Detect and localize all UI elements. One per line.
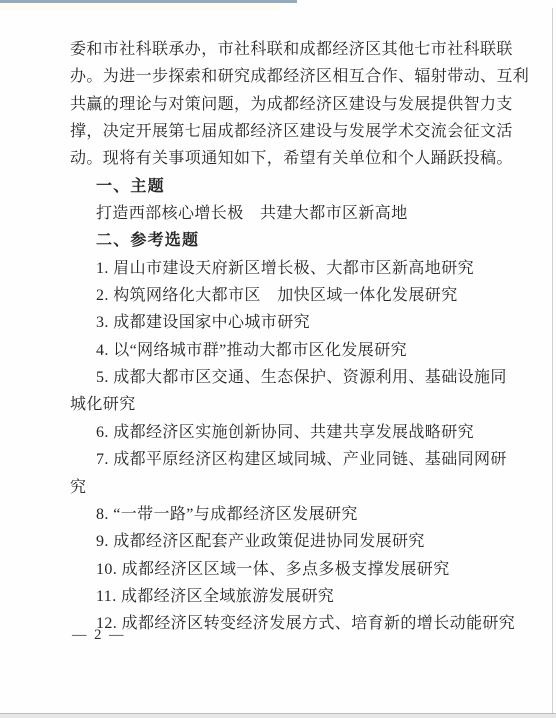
section-2-heading: 二、参考选题 — [70, 227, 515, 254]
scan-edge-bottom-band — [0, 713, 556, 718]
para-line: 动。现将有关事项通知如下，希望有关单位和个人踊跃投稿。 — [70, 145, 515, 172]
topic-line-8: 8. “一带一路”与成都经济区发展研究 — [70, 501, 515, 528]
para-line: 撑，决定开展第七届成都经济区建设与发展学术交流会征文活 — [70, 118, 515, 145]
scan-edge-top-tint — [0, 3, 280, 11]
para-line: 共赢的理论与对策问题，为成都经济区建设与发展提供智力支 — [70, 91, 515, 118]
topic-line-3: 3. 成都建设国家中心城市研究 — [70, 309, 515, 336]
para-line: 办。为进一步探索和研究成都经济区相互合作、辐射带动、互利 — [70, 63, 515, 90]
topic-line-4: 4. 以“网络城市群”推动大都市区化发展研究 — [70, 337, 515, 364]
topic-line-6: 6. 成都经济区实施创新协同、共建共享发展战略研究 — [70, 419, 515, 446]
page-number: — 2 — — [72, 627, 126, 644]
section-1-heading: 一、主题 — [70, 173, 515, 200]
topic-line-7-wrap: 究 — [70, 474, 515, 501]
document-page: 委和市社科联承办，市社科联和成都经济区其他七市社科联联 办。为进一步探索和研究成… — [0, 0, 556, 718]
topic-line-5: 5. 成都大都市区交通、生态保护、资源利用、基础设施同 — [70, 364, 515, 391]
topic-line-2: 2. 构筑网络化大都市区 加快区域一体化发展研究 — [70, 282, 515, 309]
document-body: 委和市社科联承办，市社科联和成都经济区其他七市社科联联 办。为进一步探索和研究成… — [70, 36, 515, 638]
topic-line-1: 1. 眉山市建设天府新区增长极、大都市区新高地研究 — [70, 255, 515, 282]
topic-line-7: 7. 成都平原经济区构建区域同城、产业同链、基础同网研 — [70, 446, 515, 473]
topic-line-12: 12. 成都经济区转变经济发展方式、培育新的增长动能研究 — [70, 610, 515, 637]
topic-line-5-wrap: 城化研究 — [70, 391, 515, 418]
topic-line-10: 10. 成都经济区区域一体、多点多极支撑发展研究 — [70, 556, 515, 583]
theme-line: 打造西部核心增长极 共建大都市区新高地 — [70, 200, 515, 227]
scan-edge-right-line — [552, 8, 553, 714]
para-line: 委和市社科联承办，市社科联和成都经济区其他七市社科联联 — [70, 36, 515, 63]
topic-line-11: 11. 成都经济区全域旅游发展研究 — [70, 583, 515, 610]
topic-line-9: 9. 成都经济区配套产业政策促进协同发展研究 — [70, 528, 515, 555]
